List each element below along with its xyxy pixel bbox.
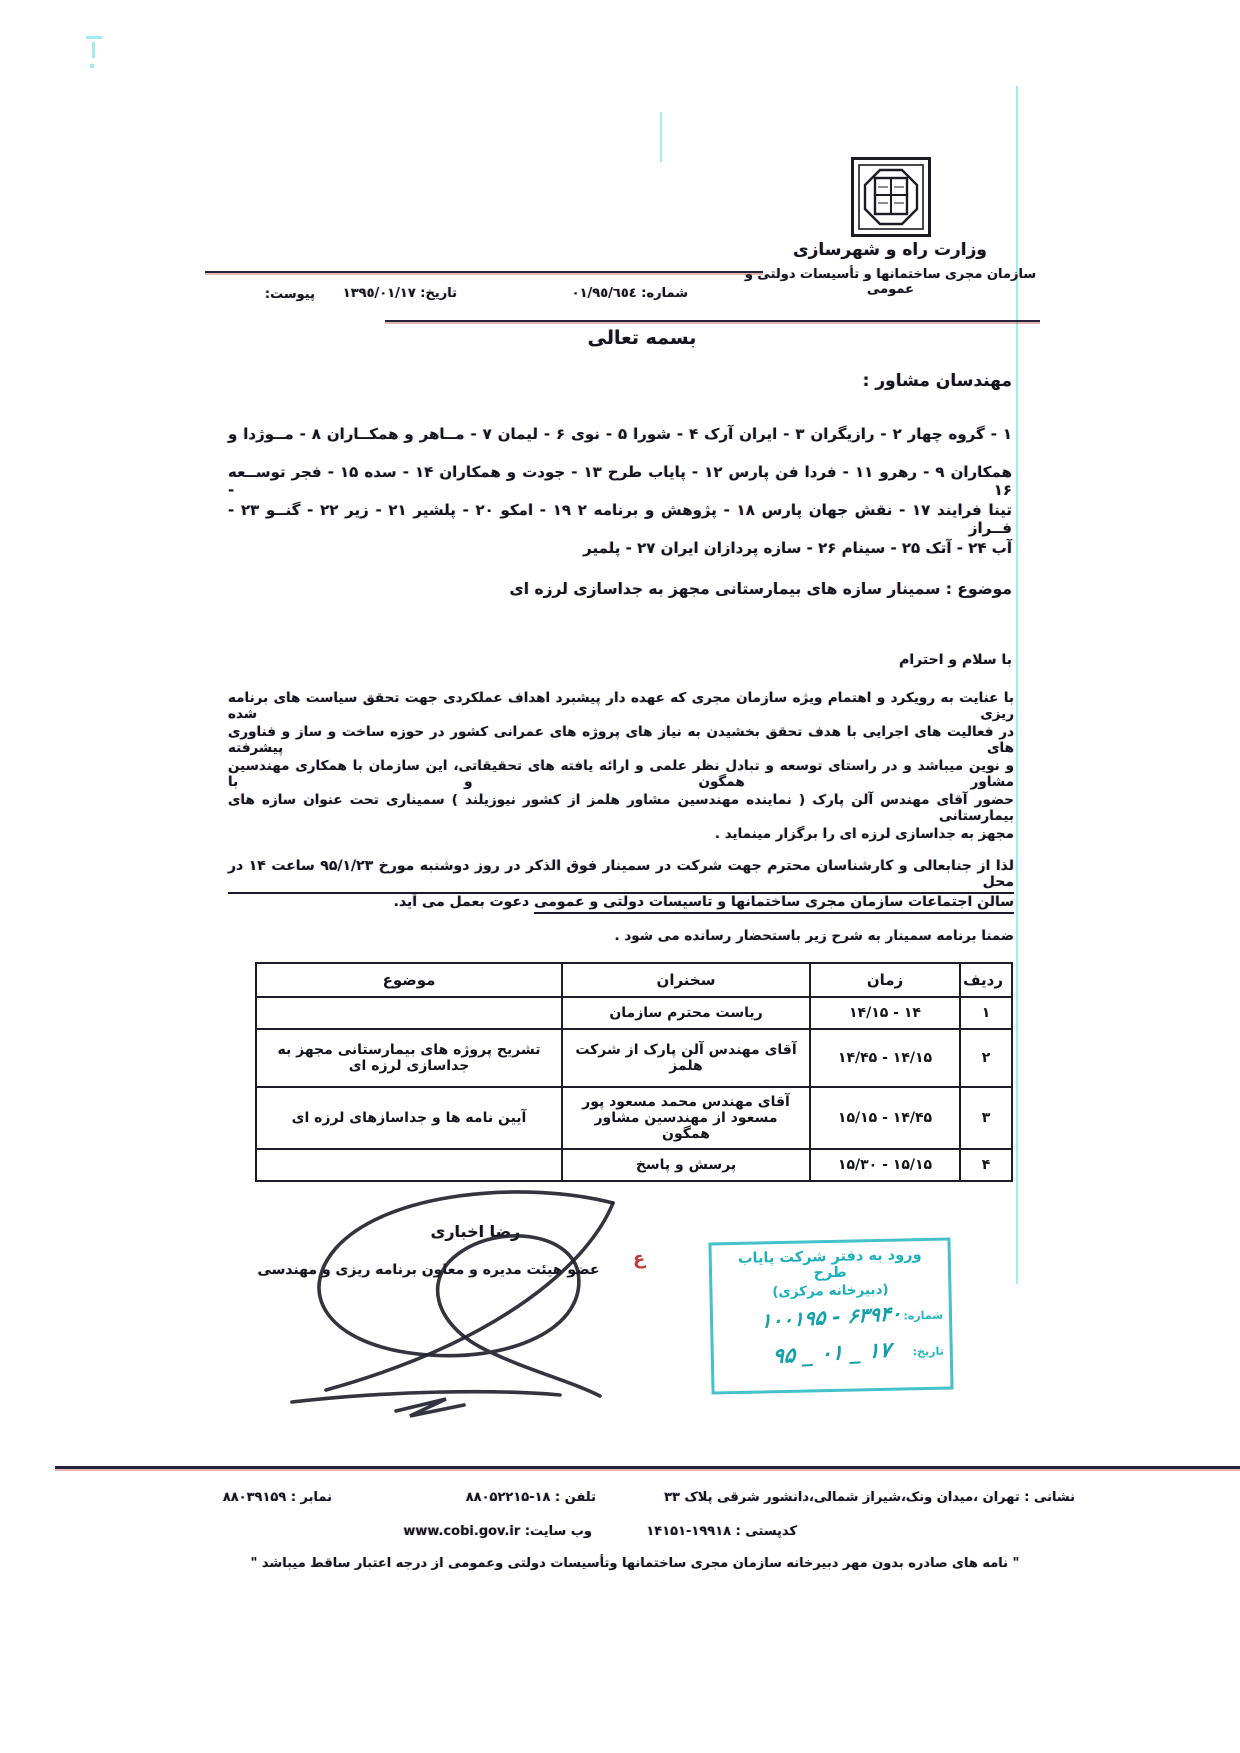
column-header-row-number: ردیف [960,963,1012,997]
cell-row-number: ۳ [960,1087,1012,1149]
cell-speaker: آقای مهندس محمد مسعود پور مسعود از مهندس… [562,1087,810,1149]
scan-line-artifact [660,112,662,162]
signatory-name: رضا اخباری [398,1222,553,1241]
scan-mark-artifact [92,42,95,58]
column-header-speaker: سخنران [562,963,810,997]
handwritten-signature [268,1178,648,1428]
stamp-date-label: تاریخ: [913,1345,944,1359]
cell-topic [256,997,562,1029]
table-row: ۱ ۱۴ - ۱۴/۱۵ ریاست محترم سازمان [256,997,1012,1029]
invitation-line-2: سالن اجتماعات سازمان مجری ساختمانها و تا… [228,894,1014,910]
stamp-line-2: (دبیرخانه مرکزی) [720,1281,940,1302]
table-row: ۳ ۱۴/۴۵ - ۱۵/۱۵ آقای مهندس محمد مسعود پو… [256,1087,1012,1149]
scan-mark-artifact [90,64,94,68]
cell-time: ۱۴/۱۵ - ۱۴/۴۵ [810,1029,960,1087]
footer-address: نشانی : تهران ،میدان ونک،شیراز شمالی،دان… [640,1490,1075,1505]
footer-website-label: وب سایت: [525,1524,592,1539]
letter-date-value: ١٣٩٥/٠١/١٧ [343,286,416,301]
table-row: ۴ ۱۵/۱۵ - ۱۵/۳۰ پرسش و پاسخ [256,1149,1012,1181]
header-divider-bottom [385,320,1040,322]
table-header-row: ردیف زمان سخنران موضوع [256,963,1012,997]
cell-speaker: پرسش و پاسخ [562,1149,810,1181]
ministry-logo-icon [851,156,931,238]
subject-label: موضوع : [946,580,1012,598]
body-paragraph-line: با عنایت به رویکرد و اهتمام ویژه سازمان … [228,690,1014,722]
footer-divider [55,1466,1240,1469]
cell-row-number: ۴ [960,1149,1012,1181]
entry-stamp: ورود به دفتر شرکت پایاب طرح (دبیرخانه مر… [708,1237,953,1394]
invitation-line-2-underlined: سالن اجتماعات سازمان مجری ساختمانها و تا… [534,894,1014,914]
letter-number-label: شماره: [641,286,688,301]
letter-number-value: ٠١/٩٥/٦٥٤ [572,286,637,301]
cell-row-number: ۲ [960,1029,1012,1087]
cell-topic: تشریح پروژه های بیمارستانی مجهز به جداسا… [256,1029,562,1087]
stamp-number-value: ۱۰۰۱۹۵ - ۶۳۹۴۰ [760,1301,902,1333]
cell-topic [256,1149,562,1181]
letter-attachment-field: پیوست: [243,287,315,302]
body-paragraph-line: مجهز به جداسازی لرزه ای را برگزار مینمای… [228,826,1014,842]
cell-topic: آیین نامه ها و جداسازهای لرزه ای [256,1087,562,1149]
recipient-line: آب ۲۴ - آتک ۲۵ - سینام ۲۶ - سازه پردازان… [228,539,1012,557]
cell-row-number: ۱ [960,997,1012,1029]
footer-phone: تلفن : ۱۸-۸۸۰۵۲۲۱۵ [448,1490,596,1505]
cell-time: ۱۴ - ۱۴/۱۵ [810,997,960,1029]
stamp-number-row: شماره: ۱۰۰۱۹۵ - ۶۳۹۴۰ [721,1303,942,1342]
body-paragraph-line: حضور آقای مهندس آلن پارک ( نماینده مهندس… [228,792,1014,824]
program-note: ضمنا برنامه سمینار به شرح زیر باستحضار ر… [228,928,1014,944]
recipient-line: ۱ - گروه چهار ۲ - رازیگران ۳ - ایران آرک… [228,425,1012,443]
stamp-date-value: ۹۵ _ ۰۱ _ ۱۷ [772,1338,891,1369]
scan-mark-artifact [86,36,102,39]
subject-line: موضوع : سمینار سازه های بیمارستانی مجهز … [228,580,1012,598]
column-header-time: زمان [810,963,960,997]
footer-fax: نمابر : ۸۸۰۳۹۱۵۹ [190,1490,332,1505]
column-header-topic: موضوع [256,963,562,997]
seminar-program-table: ردیف زمان سخنران موضوع ۱ ۱۴ - ۱۴/۱۵ ریاس… [257,962,1013,1182]
letter-number-field: شماره: ٠١/٩٥/٦٥٤ [548,286,688,301]
scanned-letter-page: وزارت راه و شهرسازی سازمان مجری ساختمانه… [0,0,1240,1753]
ministry-logo [851,156,931,238]
recipient-line: تینا فرایند ۱۷ - نقش جهان پارس ۱۸ - پژوه… [228,501,1012,537]
letter-date-label: تاریخ: [420,286,457,301]
invitation-line-1: لذا از جنابعالی و کارشناسان محترم جهت شر… [228,858,1014,894]
cell-speaker: ریاست محترم سازمان [562,997,810,1029]
recipient-line: همکاران ۹ - رهرو ۱۱ - فردا فن پارس ۱۲ - … [228,463,1012,499]
body-paragraph-line: در فعالیت های اجرایی با هدف تحقق بخشیدن … [228,724,1014,756]
scan-line-artifact [1016,86,1018,1284]
stamp-number-label: شماره: [903,1309,943,1323]
ministry-name: وزارت راه و شهرسازی [770,240,1010,260]
subject-text: سمینار سازه های بیمارستانی مجهز به جداسا… [510,580,941,598]
organization-name: سازمان مجری ساختمانها و تأسیسات دولتی و … [733,267,1048,297]
header-divider-top [205,271,763,273]
stamp-line-1: ورود به دفتر شرکت پایاب طرح [720,1247,941,1284]
cell-time: ۱۵/۱۵ - ۱۵/۳۰ [810,1149,960,1181]
red-ink-mark: ع [633,1248,645,1269]
stamp-date-row: تاریخ: ۹۵ _ ۰۱ _ ۱۷ [722,1339,943,1376]
footer-disclaimer: " نامه های صادره بدون مهر دبیرخانه سازما… [240,1556,1030,1571]
besmele-heading: بسمه تعالی [557,327,727,349]
footer-website-url: www.cobi.gov.ir [403,1524,520,1539]
invitation-line-2-tail: دعوت بعمل می آید. [394,894,534,910]
signatory-title: عضو هیئت مدیره و معاون برنامه ریزی و مهن… [246,1262,611,1278]
body-paragraph-line: و نوین میباشد و در راستای توسعه و تبادل … [228,758,1014,790]
recipients-heading: مهندسان مشاور : [830,371,1012,391]
letter-date-field: تاریخ: ١٣٩٥/٠١/١٧ [322,286,457,301]
footer-postal-code: کدپستی : ۱۹۹۱۸-۱۴۱۵۱ [642,1524,797,1539]
salutation: با سلام و احترام [852,652,1012,668]
footer-website: وب سایت: www.cobi.gov.ir [382,1524,592,1539]
cell-time: ۱۴/۴۵ - ۱۵/۱۵ [810,1087,960,1149]
table-row: ۲ ۱۴/۱۵ - ۱۴/۴۵ آقای مهندس آلن پارک از ش… [256,1029,1012,1087]
cell-speaker: آقای مهندس آلن پارک از شرکت هلمز [562,1029,810,1087]
